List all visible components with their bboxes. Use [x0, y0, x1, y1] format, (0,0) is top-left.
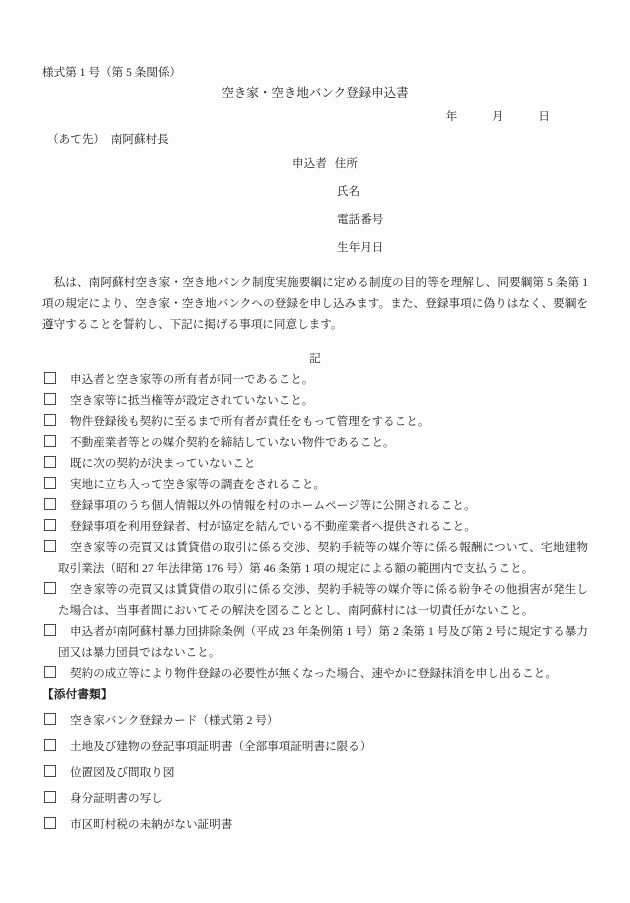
- checkbox-icon[interactable]: [44, 713, 56, 725]
- agreement-item: 登録事項を利用登録者、村が協定を結んでいる不動産業者へ提供されること。: [44, 516, 588, 537]
- checkbox-icon[interactable]: [44, 817, 56, 829]
- agreement-item-text: 空き家等に抵当権等が設定されていないこと。: [70, 394, 313, 407]
- checkbox-icon[interactable]: [44, 393, 56, 405]
- checkbox-icon[interactable]: [44, 791, 56, 803]
- agreement-item-text: 登録事項のうち個人情報以外の情報を村のホームページ等に公開されること。: [70, 499, 476, 512]
- addressee: （あて先） 南阿蘇村長: [42, 129, 588, 150]
- agreement-item: 空き家等に抵当権等が設定されていないこと。: [44, 390, 588, 411]
- attachment-list: 空き家バンク登録カード（様式第 2 号） 土地及び建物の登記事項証明書（全部事項…: [42, 710, 588, 835]
- phone-field-label: 電話番号: [337, 213, 383, 226]
- agreement-item: 実地に立ち入って空き家等の調査をされること。: [44, 474, 588, 495]
- agreement-item: 登録事項のうち個人情報以外の情報を村のホームページ等に公開されること。: [44, 495, 588, 516]
- applicant-section: 申込者住所 氏名 電話番号 生年月日: [42, 153, 588, 258]
- agreement-item-text: 実地に立ち入って空き家等の調査をされること。: [70, 478, 325, 491]
- agreement-item: 契約の成立等により物件登録の必要性が無くなった場合、速やかに登録抹消を申し出るこ…: [44, 663, 588, 684]
- attachments-heading: 【添付書類】: [42, 684, 588, 705]
- agreement-item-text: 空き家等の売買又は賃貸借の取引に係る交渉、契約手続等の媒介等に係る報酬について、…: [58, 541, 588, 575]
- checkbox-icon[interactable]: [44, 435, 56, 447]
- checkbox-icon[interactable]: [44, 582, 56, 594]
- date-line: 年 月 日: [42, 106, 588, 127]
- attachment-item: 身分証明書の写し: [44, 788, 588, 809]
- attachment-item-text: 空き家バンク登録カード（様式第 2 号）: [70, 714, 278, 727]
- notice-heading: 記: [42, 348, 588, 369]
- agreement-item: 申込者が南阿蘇村暴力団排除条例（平成 23 年条例第 1 号）第 2 条第 1 …: [44, 621, 588, 663]
- applicant-row-birthdate: 生年月日: [337, 237, 588, 258]
- attachment-item: 空き家バンク登録カード（様式第 2 号）: [44, 710, 588, 731]
- checkbox-icon[interactable]: [44, 765, 56, 777]
- checkbox-icon[interactable]: [44, 739, 56, 751]
- checkbox-icon[interactable]: [44, 372, 56, 384]
- agreement-item-text: 空き家等の売買又は賃貸借の取引に係る交渉、契約手続等の媒介等に係る紛争その他損害…: [58, 583, 588, 617]
- attachment-item-text: 土地及び建物の登記事項証明書（全部事項証明書に限る）: [70, 740, 371, 753]
- checkbox-icon[interactable]: [44, 519, 56, 531]
- checkbox-icon[interactable]: [44, 540, 56, 552]
- agreement-item-text: 申込者が南阿蘇村暴力団排除条例（平成 23 年条例第 1 号）第 2 条第 1 …: [58, 625, 588, 659]
- applicant-label: 申込者: [292, 153, 327, 174]
- attachment-item: 位置図及び間取り図: [44, 762, 588, 783]
- attachment-item: 市区町村税の未納がない証明書: [44, 814, 588, 835]
- agreement-item: 不動産業者等との媒介契約を締結していない物件であること。: [44, 432, 588, 453]
- applicant-row-name: 氏名: [337, 181, 588, 202]
- checkbox-icon[interactable]: [44, 624, 56, 636]
- checkbox-icon[interactable]: [44, 498, 56, 510]
- attachment-item: 土地及び建物の登記事項証明書（全部事項証明書に限る）: [44, 736, 588, 757]
- agreement-item: 空き家等の売買又は賃貸借の取引に係る交渉、契約手続等の媒介等に係る報酬について、…: [44, 537, 588, 579]
- attachment-item-text: 市区町村税の未納がない証明書: [70, 818, 232, 831]
- agreement-item: 空き家等の売買又は賃貸借の取引に係る交渉、契約手続等の媒介等に係る紛争その他損害…: [44, 579, 588, 621]
- agreement-item-text: 登録事項を利用登録者、村が協定を結んでいる不動産業者へ提供されること。: [70, 520, 476, 533]
- form-number: 様式第 1 号（第 5 条関係）: [42, 62, 588, 83]
- checkbox-icon[interactable]: [44, 414, 56, 426]
- checkbox-icon[interactable]: [44, 456, 56, 468]
- declaration-paragraph: 私は、南阿蘇村空き家・空き地バンク制度実施要綱に定める制度の目的等を理解し、同要…: [42, 272, 588, 335]
- agreement-item-text: 不動産業者等との媒介契約を締結していない物件であること。: [70, 436, 395, 449]
- applicant-row-phone: 電話番号: [337, 209, 588, 230]
- attachment-item-text: 位置図及び間取り図: [70, 766, 174, 779]
- name-field-label: 氏名: [337, 185, 360, 198]
- page-title: 空き家・空き地バンク登録申込書: [42, 83, 588, 104]
- address-field-label: 住所: [335, 157, 358, 170]
- birthdate-field-label: 生年月日: [337, 241, 383, 254]
- agreement-list: 申込者と空き家等の所有者が同一であること。 空き家等に抵当権等が設定されていない…: [42, 369, 588, 684]
- agreement-item-text: 物件登録後も契約に至るまで所有者が責任をもって管理をすること。: [70, 415, 429, 428]
- applicant-row-address: 申込者住所: [292, 153, 588, 174]
- checkbox-icon[interactable]: [44, 477, 56, 489]
- agreement-item: 申込者と空き家等の所有者が同一であること。: [44, 369, 588, 390]
- agreement-item-text: 申込者と空き家等の所有者が同一であること。: [70, 373, 313, 386]
- agreement-item: 物件登録後も契約に至るまで所有者が責任をもって管理をすること。: [44, 411, 588, 432]
- agreement-item-text: 既に次の契約が決まっていないこと: [70, 457, 256, 470]
- attachment-item-text: 身分証明書の写し: [70, 792, 163, 805]
- checkbox-icon[interactable]: [44, 666, 56, 678]
- agreement-item: 既に次の契約が決まっていないこと: [44, 453, 588, 474]
- agreement-item-text: 契約の成立等により物件登録の必要性が無くなった場合、速やかに登録抹消を申し出るこ…: [70, 667, 557, 680]
- application-form-page: 様式第 1 号（第 5 条関係） 空き家・空き地バンク登録申込書 年 月 日 （…: [0, 0, 630, 903]
